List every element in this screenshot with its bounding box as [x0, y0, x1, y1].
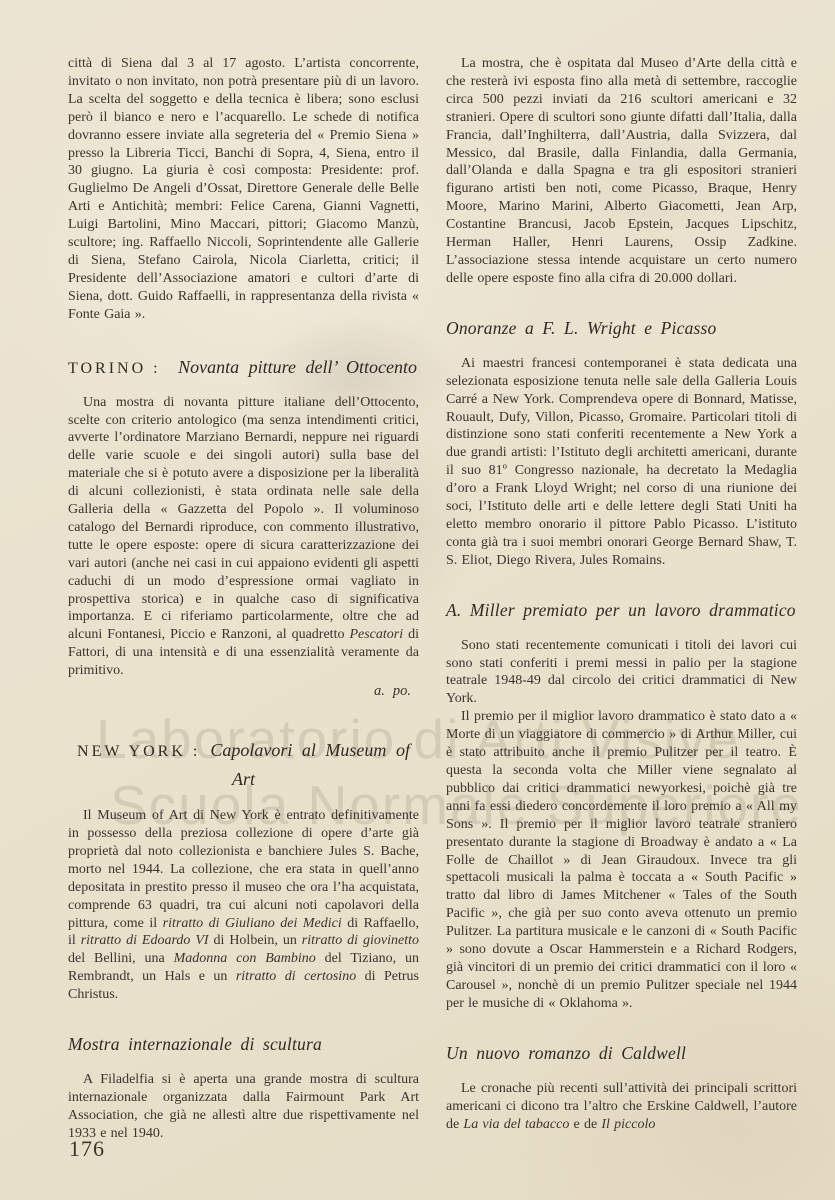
- philadelphia-show-paragraph: La mostra, che è ospitata dal Museo d’Ar…: [446, 55, 797, 288]
- torino-heading-title: Novanta pitture dell’ Ottocento: [178, 357, 417, 378]
- new-york-heading-location: NEW YORK :: [77, 743, 200, 760]
- torino-heading-location: TORINO :: [68, 360, 161, 378]
- torino-paragraph: Una mostra di novanta pitture italiane d…: [68, 394, 419, 681]
- new-york-paragraph: Il Museum of Art di New York è entrato d…: [68, 807, 419, 1004]
- caldwell-novel-heading: Un nuovo romanzo di Caldwell: [446, 1043, 797, 1064]
- miller-award-paragraph-1: Sono stati recentemente comunicati i tit…: [446, 637, 797, 709]
- torino-section-heading: TORINO : Novanta pitture dell’ Ottocento: [68, 357, 417, 378]
- wright-picasso-heading: Onoranze a F. L. Wright e Picasso: [446, 318, 797, 339]
- siena-prize-paragraph: città di Siena dal 3 al 17 agosto. L’art…: [68, 55, 419, 324]
- two-column-layout: città di Siena dal 3 al 17 agosto. L’art…: [0, 0, 835, 1143]
- sculpture-exhibition-heading: Mostra internazionale di scultura: [68, 1034, 419, 1055]
- page-number: 176: [69, 1136, 105, 1162]
- caldwell-novel-paragraph: Le cronache più recenti sull’attività de…: [446, 1080, 797, 1134]
- author-initials: a. po.: [68, 683, 411, 700]
- miller-award-heading: A. Miller premiato per un lavoro drammat…: [446, 600, 797, 621]
- wright-picasso-paragraph: Ai maestri francesi contemporanei è stat…: [446, 355, 797, 570]
- scanned-magazine-page: Laboratorio di Arti Visive Scuola Normal…: [0, 0, 835, 1200]
- new-york-section-heading: NEW YORK :Capolavori al Museum of Art: [68, 736, 419, 792]
- right-column: La mostra, che è ospitata dal Museo d’Ar…: [446, 55, 797, 1143]
- miller-award-paragraph-2: Il premio per il miglior lavoro drammati…: [446, 708, 797, 1012]
- left-column: città di Siena dal 3 al 17 agosto. L’art…: [68, 55, 419, 1143]
- sculpture-exhibition-paragraph: A Filadelfia si è aperta una grande most…: [68, 1071, 419, 1143]
- new-york-heading-title: Capolavori al Museum of Art: [210, 740, 410, 789]
